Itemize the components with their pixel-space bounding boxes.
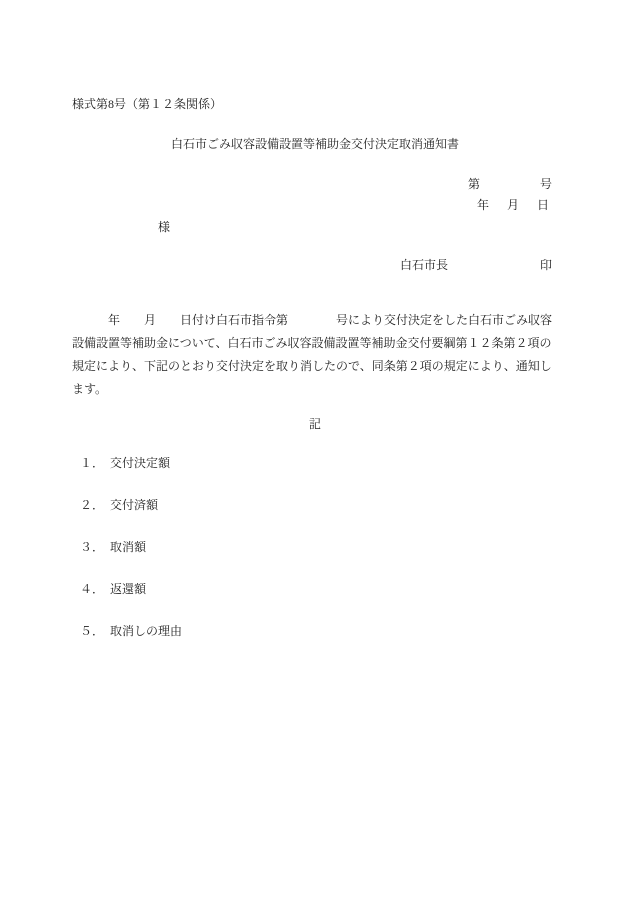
list-item-refund-amount: ４． 返還額	[80, 582, 558, 596]
addressee-line: 様	[158, 220, 558, 234]
body-line: 設備設置等補助金について、白石市ごみ収容設備設置等補助金交付要綱第１２条第２項の	[72, 332, 558, 355]
document-number-line: 第 号	[72, 177, 552, 191]
record-heading: 記	[72, 417, 558, 431]
body-line: 規定により、下記のとおり交付決定を取り消したので、同条第２項の規定により、通知し	[72, 355, 558, 378]
body-line: 年 月 日付け白石市指令第 号により交付決定をした白石市ごみ収容	[72, 309, 558, 332]
seal-mark: 印	[540, 258, 552, 272]
list-item-paid-amount: ２． 交付済額	[80, 498, 558, 512]
list-item-cancelled-amount: ３． 取消額	[80, 540, 558, 554]
sender-name: 白石市長	[400, 258, 448, 272]
item-list: １． 交付決定額 ２． 交付済額 ３． 取消額 ４． 返還額 ５． 取消しの理由	[80, 456, 558, 638]
sender-row: 白石市長 印	[400, 258, 552, 272]
body-line: ます。	[72, 378, 558, 401]
form-number: 様式第8号（第１２条関係）	[72, 97, 558, 111]
document-page: 様式第8号（第１２条関係） 白石市ごみ収容設備設置等補助金交付決定取消通知書 第…	[0, 0, 630, 903]
body-paragraph: 年 月 日付け白石市指令第 号により交付決定をした白石市ごみ収容 設備設置等補助…	[72, 309, 558, 401]
list-item-cancellation-reason: ５． 取消しの理由	[80, 624, 558, 638]
document-title: 白石市ごみ収容設備設置等補助金交付決定取消通知書	[72, 137, 558, 151]
list-item-grant-decided-amount: １． 交付決定額	[80, 456, 558, 470]
document-meta-block: 第 号 年 月 日	[72, 177, 558, 212]
date-line: 年 月 日	[72, 198, 552, 212]
